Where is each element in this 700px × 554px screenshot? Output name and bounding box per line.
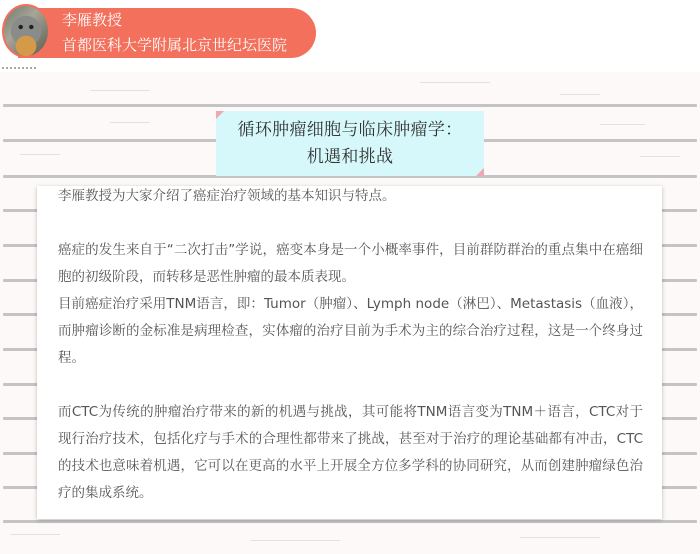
dotted-divider <box>2 67 36 69</box>
author-organization: 首都医科大学附属北京世纪坛医院 <box>62 36 287 54</box>
corner-accent <box>216 111 224 119</box>
texture-streak <box>560 94 600 95</box>
texture-streak <box>640 156 680 157</box>
article-title-line-2: 机遇和挑战 <box>216 146 484 168</box>
board-line <box>3 104 697 107</box>
article-title-box: 循环肿瘤细胞与临床肿瘤学： 机遇和挑战 <box>216 111 484 176</box>
board-line <box>3 520 697 523</box>
texture-streak <box>420 82 490 83</box>
corner-accent <box>476 168 484 176</box>
paragraph-tnm: 目前癌症治疗采用TNM语言，即：Tumor（肿瘤）、Lymph node（淋巴）… <box>58 291 643 372</box>
paragraph-ctc: 而CTC为传统的肿瘤治疗带来的新的机遇与挑战，其可能将TNM语言变为TNM＋语言… <box>58 399 643 507</box>
texture-streak <box>110 122 150 123</box>
texture-streak <box>10 534 60 535</box>
texture-streak <box>520 537 600 538</box>
article-card: 李雁教授为大家介绍了癌症治疗领域的基本知识与特点。 癌症的发生来自于“二次打击”… <box>37 186 662 519</box>
page: 李雁教授 首都医科大学附属北京世纪坛医院 循环肿瘤细胞与临床肿瘤学： 机遇和挑战 <box>0 0 700 554</box>
texture-streak <box>600 124 645 125</box>
article-title-line-1: 循环肿瘤细胞与临床肿瘤学： <box>216 119 484 141</box>
author-name: 李雁教授 <box>62 11 122 29</box>
paragraph-carcinogenesis: 癌症的发生来自于“二次打击”学说，癌变本身是一个小概率事件，目前群防群治的重点集… <box>58 237 643 291</box>
paragraph-intro: 李雁教授为大家介绍了癌症治疗领域的基本知识与特点。 <box>58 183 643 210</box>
texture-streak <box>20 154 60 155</box>
texture-streak <box>90 90 150 91</box>
texture-streak <box>250 540 340 541</box>
squirrel-avatar-icon <box>2 4 50 58</box>
